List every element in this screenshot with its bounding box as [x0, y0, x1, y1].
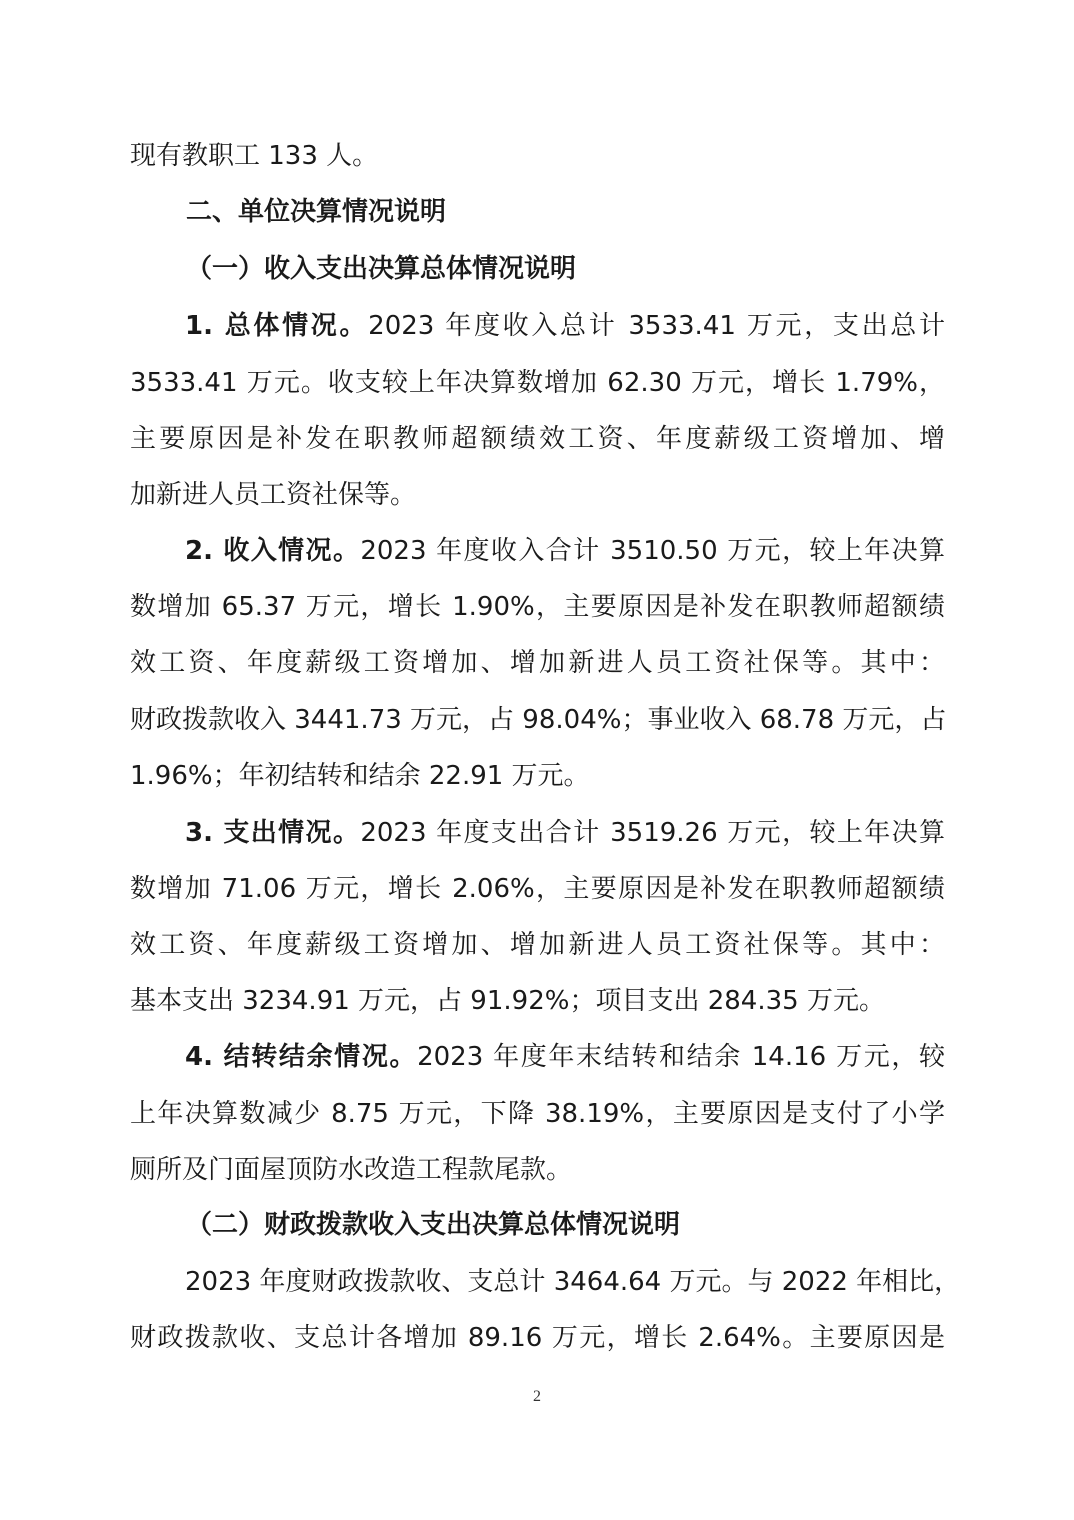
paragraph-line: 1. 总体情况。2023 年度收入总计 3533.41 万元，支出总计 — [185, 308, 945, 344]
paragraph-text: 2023 年度收入总计 3533.41 万元，支出总计 — [368, 311, 945, 341]
paragraph-line: 数增加 65.37 万元，增长 1.90%，主要原因是补发在职教师超额绩 — [130, 589, 945, 625]
paragraph-line: 数增加 71.06 万元，增长 2.06%，主要原因是补发在职教师超额绩 — [130, 871, 945, 907]
item-label: 4. 结转结余情况。 — [185, 1042, 417, 1072]
subsection-heading: （一）收入支出决算总体情况说明 — [186, 251, 1001, 287]
subsection-heading: （二）财政拨款收入支出决算总体情况说明 — [186, 1207, 1001, 1243]
paragraph-line: 3. 支出情况。2023 年度支出合计 3519.26 万元，较上年决算 — [185, 815, 945, 851]
page-number: 2 — [0, 1388, 1074, 1406]
paragraph-line: 1.96%；年初结转和结余 22.91 万元。 — [130, 758, 945, 794]
item-label: 2. 收入情况。 — [185, 536, 360, 566]
paragraph-line: 现有教职工 133 人。 — [130, 138, 945, 174]
paragraph-line: 财政拨款收入 3441.73 万元，占 98.04%；事业收入 68.78 万元… — [130, 702, 945, 738]
section-heading: 二、单位决算情况说明 — [186, 194, 1001, 230]
item-label: 1. 总体情况。 — [185, 311, 368, 341]
paragraph-text: 2023 年度支出合计 3519.26 万元，较上年决算 — [360, 818, 945, 848]
paragraph-line: 4. 结转结余情况。2023 年度年末结转和结余 14.16 万元，较 — [185, 1039, 945, 1075]
paragraph-line: 效工资、年度薪级工资增加、增加新进人员工资社保等。其中： — [130, 927, 945, 963]
paragraph-line: 加新进人员工资社保等。 — [130, 477, 945, 513]
paragraph-line: 2023 年度财政拨款收、支总计 3464.64 万元。与 2022 年相比， — [185, 1264, 945, 1300]
paragraph-line: 财政拨款收、支总计各增加 89.16 万元，增长 2.64%。主要原因是 — [130, 1320, 945, 1356]
paragraph-line: 3533.41 万元。收支较上年决算数增加 62.30 万元，增长 1.79%， — [130, 365, 945, 401]
paragraph-line: 效工资、年度薪级工资增加、增加新进人员工资社保等。其中： — [130, 645, 945, 681]
paragraph-line: 基本支出 3234.91 万元，占 91.92%；项目支出 284.35 万元。 — [130, 983, 945, 1019]
paragraph-line: 上年决算数减少 8.75 万元，下降 38.19%，主要原因是支付了小学 — [130, 1096, 945, 1132]
paragraph-text: 2023 年度收入合计 3510.50 万元，较上年决算 — [360, 536, 945, 566]
item-label: 3. 支出情况。 — [185, 818, 360, 848]
paragraph-line: 主要原因是补发在职教师超额绩效工资、年度薪级工资增加、增 — [130, 421, 945, 457]
paragraph-line: 2. 收入情况。2023 年度收入合计 3510.50 万元，较上年决算 — [185, 533, 945, 569]
paragraph-text: 2023 年度年末结转和结余 14.16 万元，较 — [417, 1042, 945, 1072]
document-page: 现有教职工 133 人。 二、单位决算情况说明 （一）收入支出决算总体情况说明 … — [0, 0, 1074, 1520]
paragraph-line: 厕所及门面屋顶防水改造工程款尾款。 — [130, 1152, 945, 1188]
